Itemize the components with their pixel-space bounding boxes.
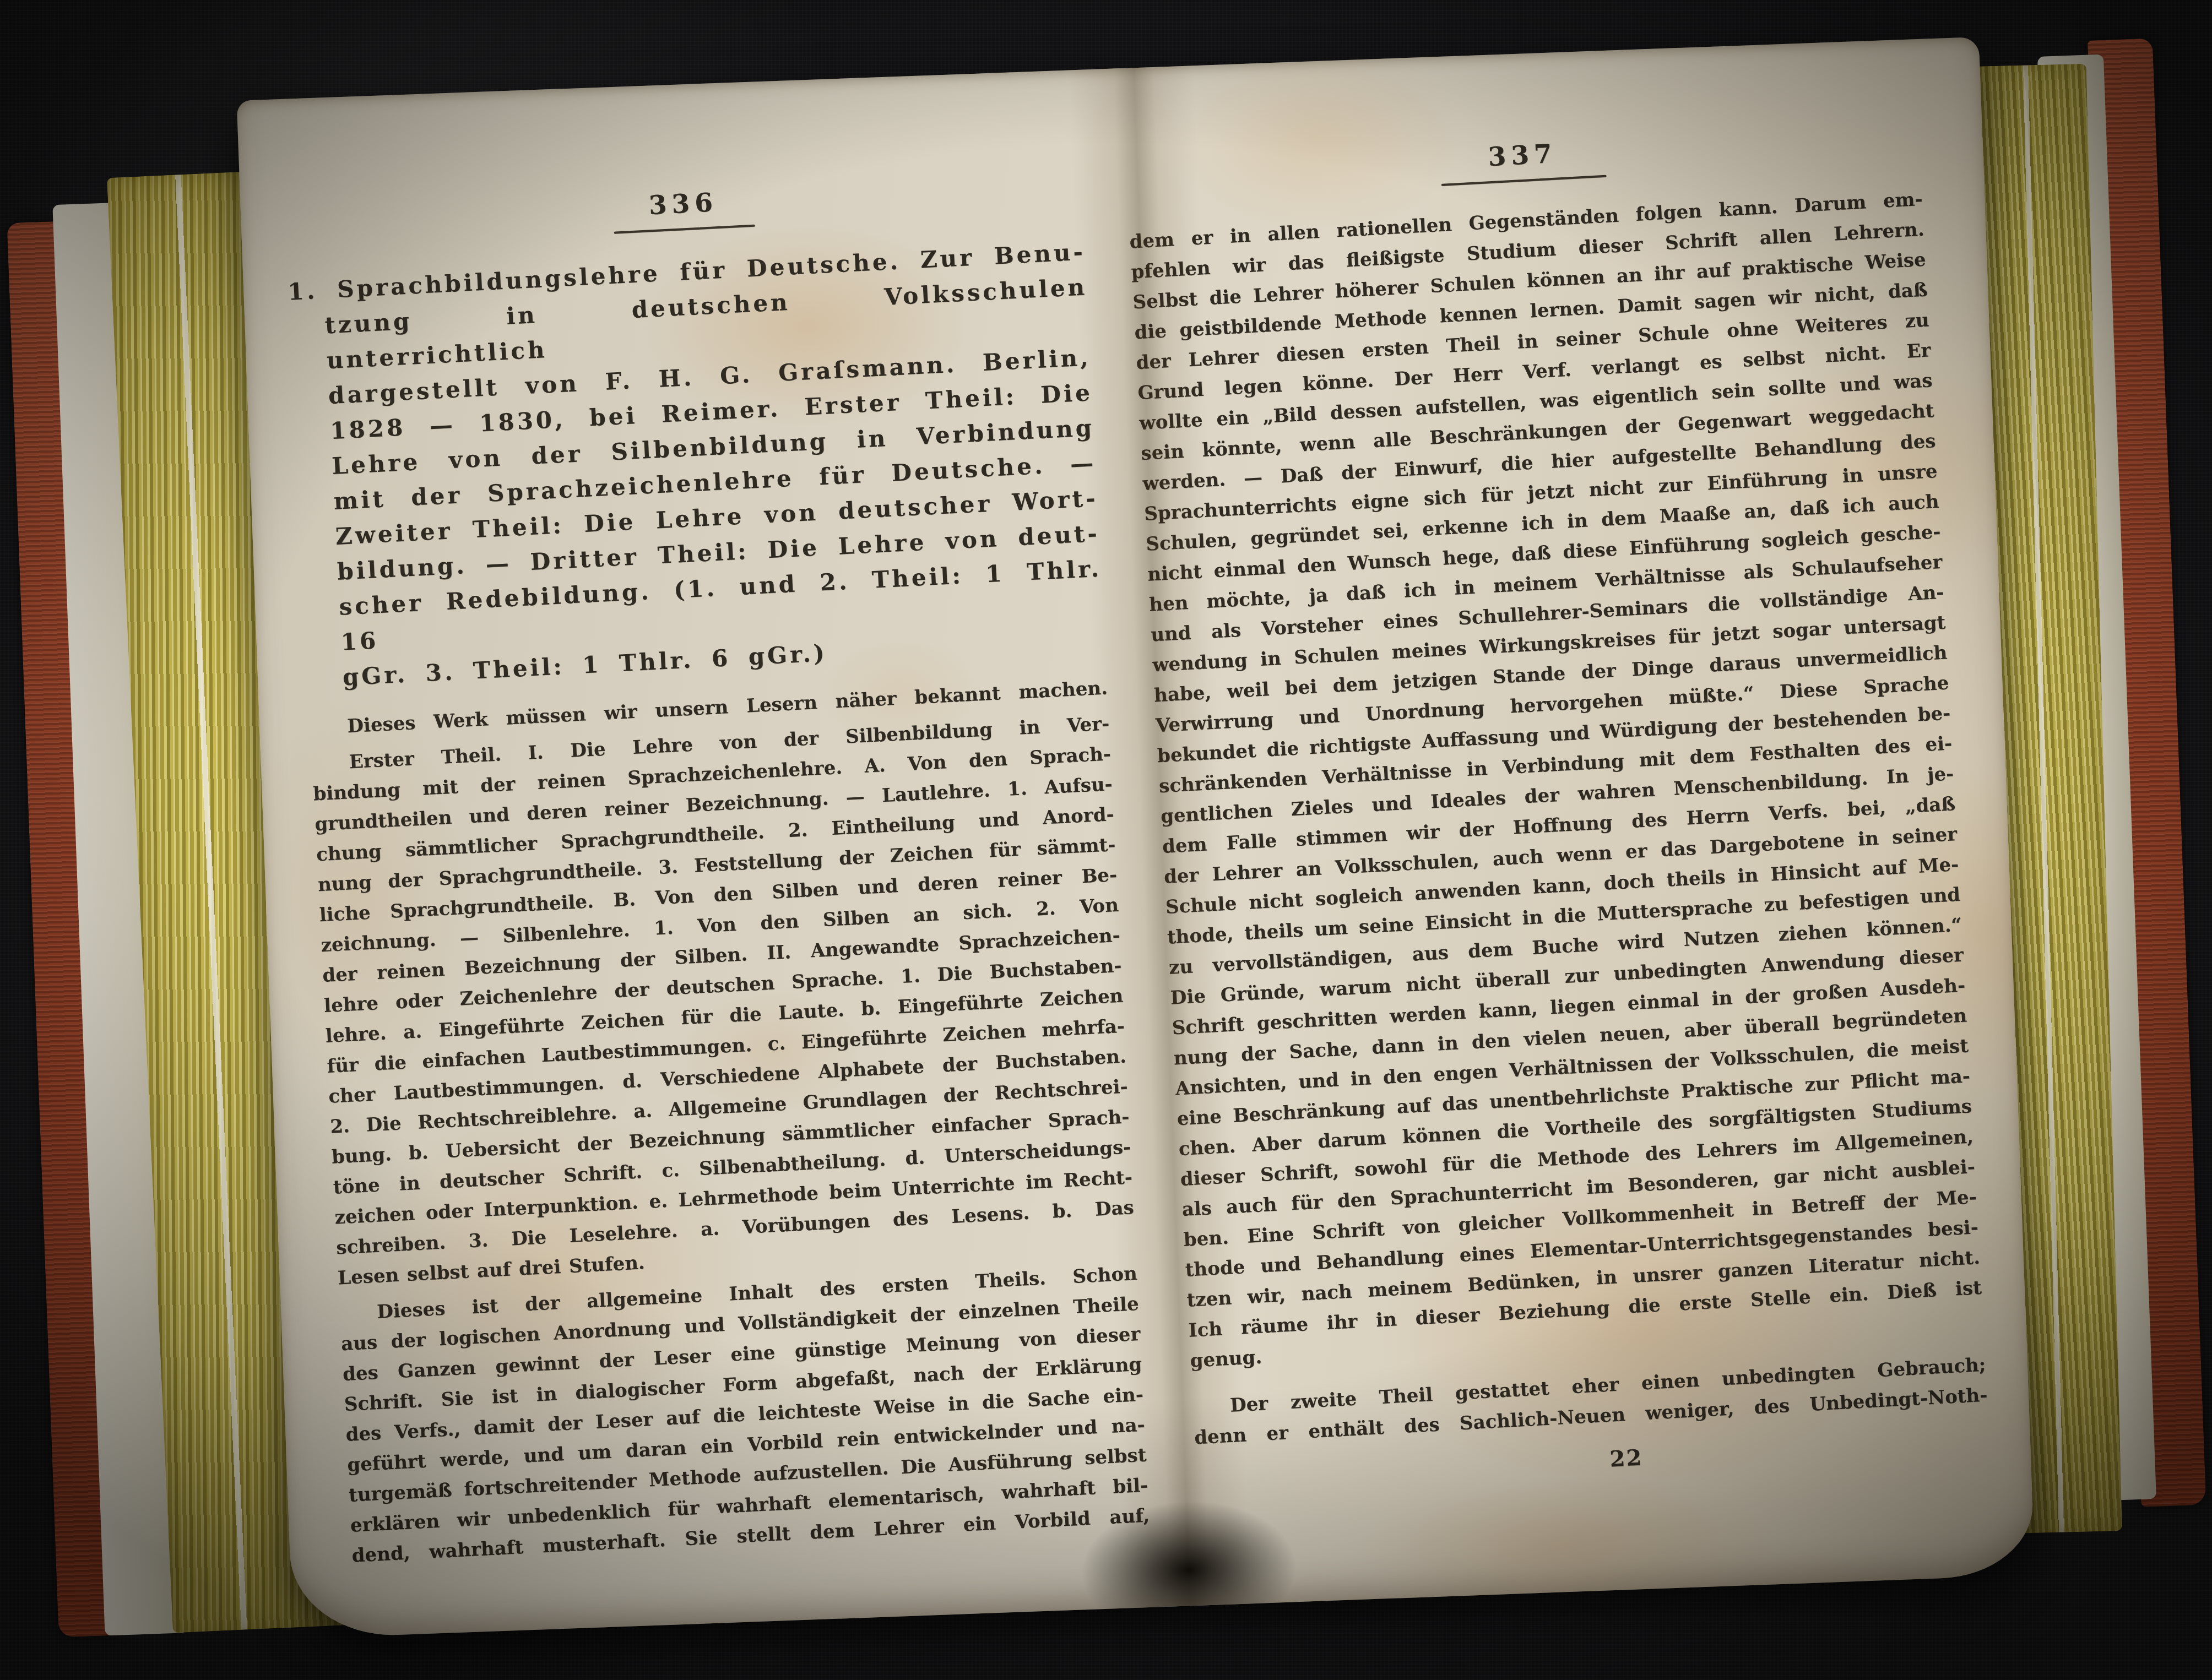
header-rule-right — [1441, 175, 1607, 186]
paragraph: Dieses ist der allgemeine Inhalt des ers… — [339, 1259, 1150, 1572]
header-rule-left — [614, 225, 755, 234]
page-number-left: 336 — [648, 187, 718, 221]
page-337-body: dem er in allen rationellen Gegenständen… — [1129, 184, 1988, 1454]
page-336-text: 336 1. Sprachbildungslehre für Deutsche.… — [284, 169, 1150, 1572]
page-336-header: 336 — [284, 169, 1083, 251]
page-336-body: Dieses Werk müssen wir unsern Lesern näh… — [309, 673, 1150, 1571]
paragraph: Erster Theil. I. Die Lehre von der Silbe… — [311, 709, 1136, 1293]
page-337-text: 337 dem er in allen rationellen Gegenstä… — [1125, 119, 1991, 1494]
page-number-right: 337 — [1487, 139, 1558, 173]
photo-of-open-book: 336 1. Sprachbildungslehre für Deutsche.… — [0, 0, 2212, 1680]
page-336: 336 1. Sprachbildungslehre für Deutsche.… — [237, 68, 1185, 1639]
bibliographic-entry: 1. Sprachbildungslehre für Deutsche. Zur… — [287, 234, 1106, 697]
paragraph: dem er in allen rationellen Gegenständen… — [1129, 184, 1984, 1377]
open-spread: 336 1. Sprachbildungslehre für Deutsche.… — [237, 37, 2035, 1639]
page-337: 337 dem er in allen rationellen Gegenstä… — [1129, 37, 2035, 1606]
book: 336 1. Sprachbildungslehre für Deutsche.… — [3, 26, 2209, 1657]
